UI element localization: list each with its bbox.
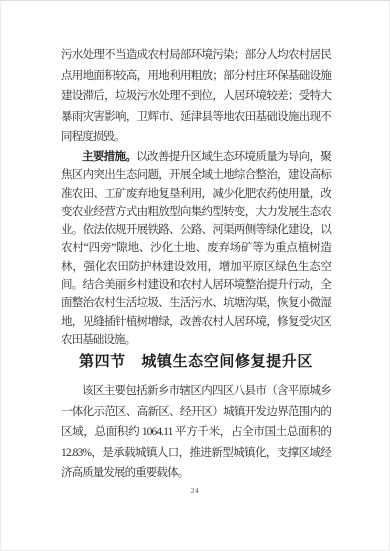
paragraph-main-measures: 主要措施。以改善提升区域生态环境质量为导向，聚焦区内突出生态问题，开展全域土地综… (61, 148, 331, 349)
document-page: 污水处理不当造成农村局部环境污染；部分人均农村居民点用地面积较高，用地利用粗放；… (0, 0, 390, 551)
section-heading: 第四节 城镇生态空间修复提升区 (61, 349, 331, 375)
page-number: 24 (1, 486, 389, 495)
paragraph-lead-label: 主要措施。 (82, 151, 136, 163)
paragraph-main-measures-body: 以改善提升区域生态环境质量为导向，聚焦区内突出生态问题，开展全域土地综合整治，建… (61, 151, 331, 346)
page-content: 污水处理不当造成农村局部环境污染；部分人均农村居民点用地面积较高，用地利用粗放；… (61, 45, 331, 484)
paragraph-environment-issues: 污水处理不当造成农村局部环境污染；部分人均农村居民点用地面积较高，用地利用粗放；… (61, 45, 331, 148)
paragraph-district-overview: 该区主要包括新乡市辖区内四区八县市（含平原城乡一体化示范区、高新区、经开区）城镇… (61, 381, 331, 484)
